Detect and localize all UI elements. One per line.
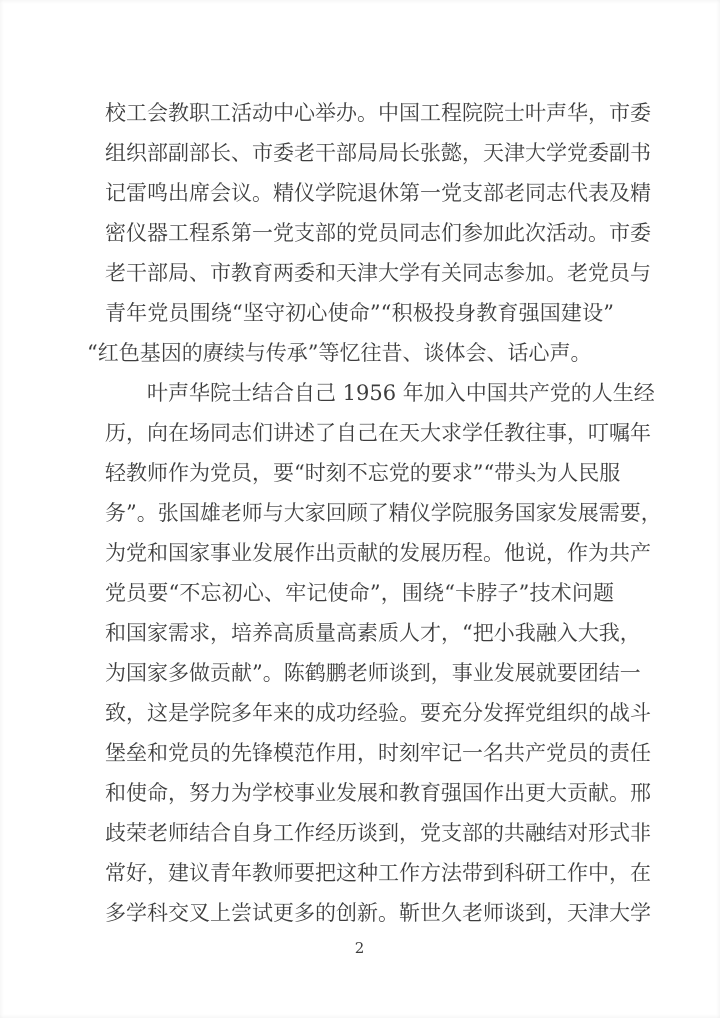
text-line: 组织部副部长、市委老干部局局长张懿，天津大学党委副书 [105,133,614,173]
text-line: 和国家需求，培养高质量高素质人才，“把小我融入大我， [105,613,614,653]
text-line: 老干部局、市教育两委和天津大学有关同志参加。老党员与 [105,253,614,293]
text-line: 党员要“不忘初心、牢记使命”，围绕“卡脖子”技术问题 [105,573,614,613]
text-line: 常好，建议青年教师要把这种工作方法带到科研工作中，在 [105,853,614,893]
text-line: 致，这是学院多年来的成功经验。要充分发挥党组织的战斗 [105,693,614,733]
text-line: 堡垒和党员的先锋模范作用，时刻牢记一名共产党员的责任 [105,733,614,773]
text-line: 轻教师作为党员，要“时刻不忘党的要求”“带头为人民服 [105,453,614,493]
paragraph: 校工会教职工活动中心举办。中国工程院院士叶声华，市委 组织部副部长、市委老干部局… [105,93,614,373]
page-number: 2 [105,936,614,960]
text-line: 多学科交叉上尝试更多的创新。靳世久老师谈到，天津大学 [105,893,614,933]
text-line: 历，向在场同志们讲述了自己在天大求学任教往事，叮嘱年 [105,413,614,453]
paragraph: 叶声华院士结合自己 1956 年加入中国共产党的人生经 历，向在场同志们讲述了自… [105,373,614,933]
body-text: 校工会教职工活动中心举办。中国工程院院士叶声华，市委 组织部副部长、市委老干部局… [105,93,614,933]
text-line: “红色基因的赓续与传承”等忆往昔、谈体会、话心声。 [87,333,596,373]
text-line: 为党和国家事业发展作出贡献的发展历程。他说，作为共产 [105,533,614,573]
text-line: 和使命，努力为学校事业发展和教育强国作出更大贡献。邢 [105,773,614,813]
text-line: 歧荣老师结合自身工作经历谈到，党支部的共融结对形式非 [105,813,614,853]
text-line: 青年党员围绕“坚守初心使命”“积极投身教育强国建设” [105,293,614,333]
text-line: 密仪器工程系第一党支部的党员同志们参加此次活动。市委 [105,213,614,253]
document-page: 校工会教职工活动中心举办。中国工程院院士叶声华，市委 组织部副部长、市委老干部局… [0,0,720,1018]
text-line: 为国家多做贡献”。陈鹤鹏老师谈到，事业发展就要团结一 [105,653,614,693]
text-line: 记雷鸣出席会议。精仪学院退休第一党支部老同志代表及精 [105,173,614,213]
text-line: 叶声华院士结合自己 1956 年加入中国共产党的人生经 [105,373,614,413]
text-line: 校工会教职工活动中心举办。中国工程院院士叶声华，市委 [105,93,614,133]
text-line: 务”。张国雄老师与大家回顾了精仪学院服务国家发展需要， [105,493,614,533]
